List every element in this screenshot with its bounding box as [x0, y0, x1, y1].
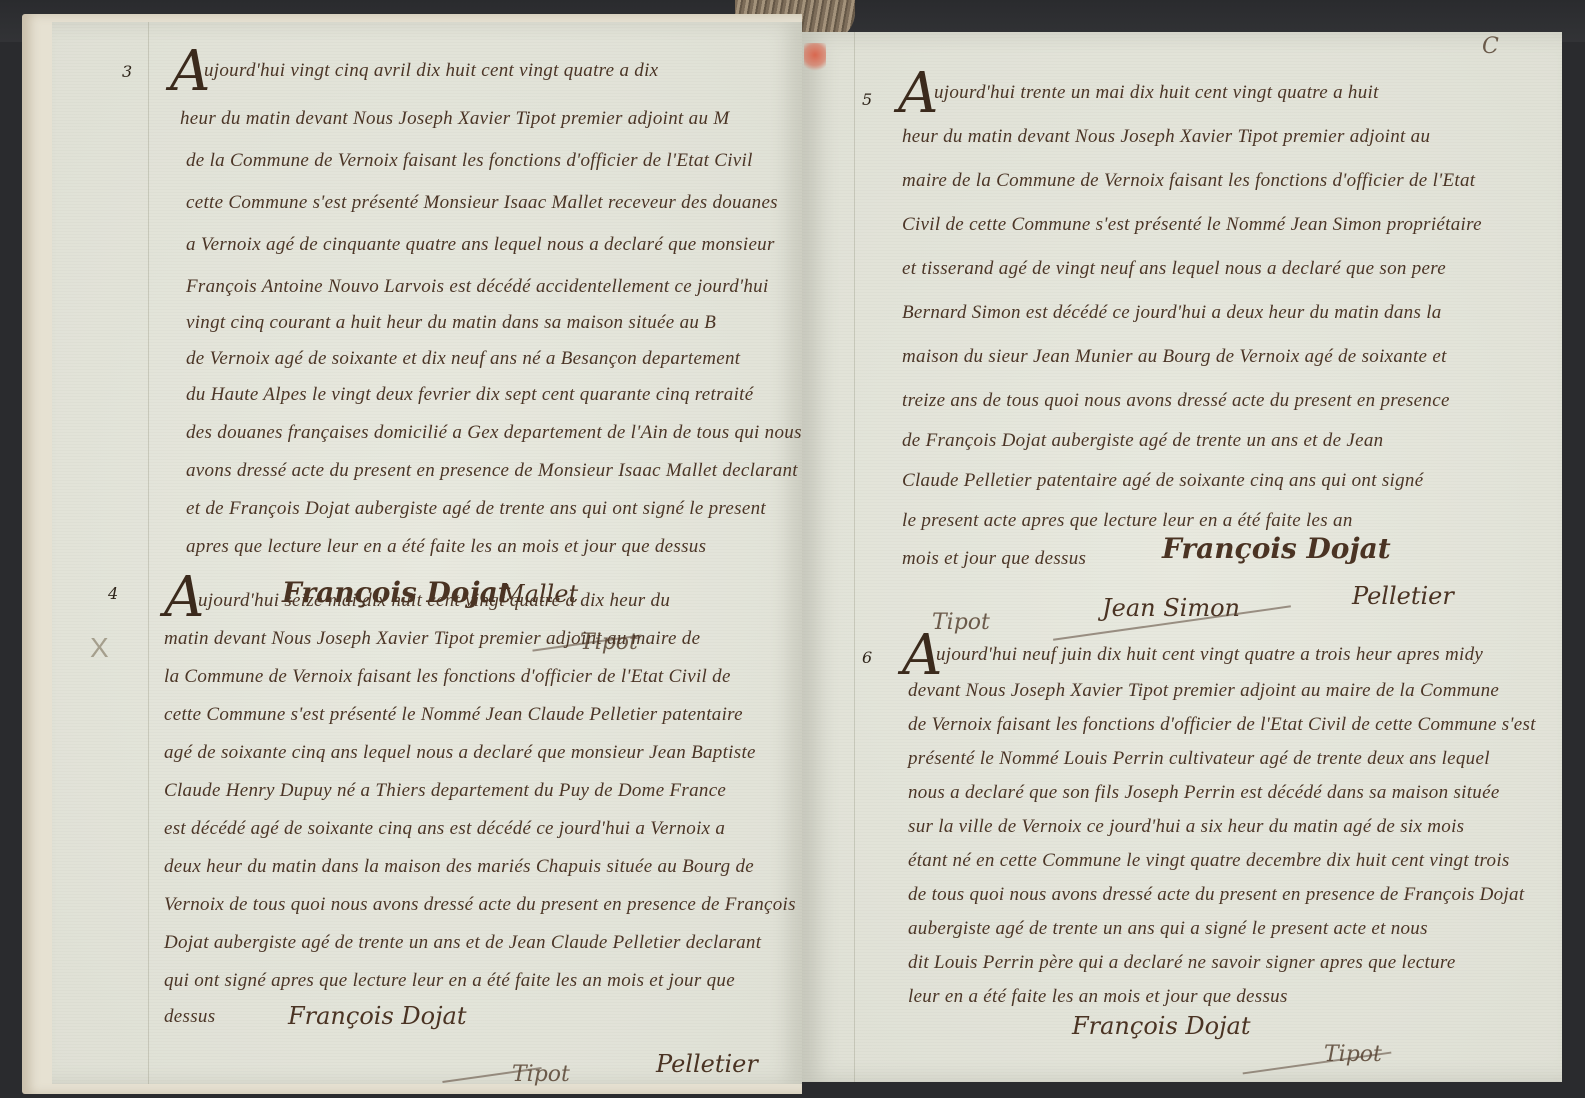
entry-line: présenté le Nommé Louis Perrin cultivate…: [908, 748, 1490, 770]
entry-line: le present acte apres que lecture leur e…: [902, 510, 1353, 532]
entry-line: de Vernoix faisant les fonctions d'offic…: [908, 714, 1536, 736]
entry-line: apres que lecture leur en a été faite le…: [186, 536, 706, 558]
entry-line: de la Commune de Vernoix faisant les fon…: [186, 150, 753, 172]
entry-line: la Commune de Vernoix faisant les foncti…: [164, 666, 731, 688]
entry-line: qui ont signé apres que lecture leur en …: [164, 970, 735, 992]
entry-line: de tous quoi nous avons dressé acte du p…: [908, 884, 1524, 906]
entry-line: leur en a été faite les an mois et jour …: [908, 986, 1288, 1008]
entry-line: et de François Dojat aubergiste agé de t…: [186, 498, 766, 520]
entry-line: de Vernoix agé de soixante et dix neuf a…: [186, 348, 740, 370]
entry-line: devant Nous Joseph Xavier Tipot premier …: [908, 680, 1499, 702]
entry-line: ujourd'hui seize mai dix huit cent vingt…: [198, 590, 670, 612]
right-page: C 5 A ujourd'hui trente un mai dix huit …: [802, 32, 1562, 1082]
entry-line: mois et jour que dessus: [902, 548, 1086, 570]
signature-dojat: François Dojat: [288, 1002, 467, 1030]
entry-line: et tisserand agé de vingt neuf ans leque…: [902, 258, 1446, 280]
signature-dojat: François Dojat: [1072, 1012, 1251, 1040]
entry-line: Civil de cette Commune s'est présenté le…: [902, 214, 1482, 236]
signature-jean-simon: Jean Simon: [1102, 594, 1240, 622]
entry-line: Vernoix de tous quoi nous avons dressé a…: [164, 894, 796, 916]
entry-line: dit Louis Perrin père qui a declaré ne s…: [908, 952, 1456, 974]
entry-line: heur du matin devant Nous Joseph Xavier …: [902, 126, 1430, 148]
corner-flourish-mark: C: [1482, 34, 1499, 59]
entry-number: 3: [122, 62, 132, 81]
entry-line: ujourd'hui neuf juin dix huit cent vingt…: [936, 644, 1483, 666]
margin-cross-mark: X: [90, 632, 109, 664]
left-page: 3 A ujourd'hui vingt cinq avril dix huit…: [52, 22, 802, 1084]
entry-number: 4: [108, 584, 118, 603]
entry-line: sur la ville de Vernoix ce jourd'hui a s…: [908, 816, 1464, 838]
entry-line: des douanes françaises domicilié a Gex d…: [186, 422, 802, 444]
entry-line: treize ans de tous quoi nous avons dress…: [902, 390, 1450, 412]
entry-line: deux heur du matin dans la maison des ma…: [164, 856, 754, 878]
entry-number: 6: [862, 648, 872, 667]
signature-tipot: Tipot: [512, 1062, 570, 1087]
entry-line: maison du sieur Jean Munier au Bourg de …: [902, 346, 1447, 368]
entry-line: a Vernoix agé de cinquante quatre ans le…: [186, 234, 775, 256]
entry-line: maire de la Commune de Vernoix faisant l…: [902, 170, 1475, 192]
entry-line: ujourd'hui vingt cinq avril dix huit cen…: [204, 60, 658, 82]
entry-line: agé de soixante cinq ans lequel nous a d…: [164, 742, 756, 764]
entry-line: ujourd'hui trente un mai dix huit cent v…: [934, 82, 1379, 104]
entry-line: Bernard Simon est décédé ce jourd'hui a …: [902, 302, 1442, 324]
margin-rule: [854, 32, 855, 1082]
entry-line: vingt cinq courant a huit heur du matin …: [186, 312, 716, 334]
entry-line: avons dressé acte du present en presence…: [186, 460, 798, 482]
entry-line: cette Commune s'est présenté le Nommé Je…: [164, 704, 743, 726]
entry-line: Claude Henry Dupuy né a Thiers departeme…: [164, 780, 726, 802]
entry-line: de François Dojat aubergiste agé de tren…: [902, 430, 1383, 452]
entry-line: étant né en cette Commune le vingt quatr…: [908, 850, 1510, 872]
entry-line: heur du matin devant Nous Joseph Xavier …: [180, 108, 729, 130]
red-wax-stain: [804, 43, 826, 73]
entry-line: du Haute Alpes le vingt deux fevrier dix…: [186, 384, 753, 406]
signature-pelletier: Pelletier: [1352, 582, 1454, 610]
entry-line: est décédé agé de soixante cinq ans est …: [164, 818, 725, 840]
margin-rule: [148, 22, 149, 1084]
entry-number: 5: [862, 90, 872, 109]
entry-line: Claude Pelletier patentaire agé de soixa…: [902, 470, 1423, 492]
entry-line: Dojat aubergiste agé de trente un ans et…: [164, 932, 761, 954]
entry-line: dessus: [164, 1006, 215, 1028]
entry-line: aubergiste agé de trente un ans qui a si…: [908, 918, 1428, 940]
entry-line: cette Commune s'est présenté Monsieur Is…: [186, 192, 778, 214]
decorated-initial: A: [898, 66, 938, 122]
entry-line: François Antoine Nouvo Larvois est décéd…: [186, 276, 769, 298]
signature-dojat: François Dojat: [1162, 532, 1391, 565]
entry-line: matin devant Nous Joseph Xavier Tipot pr…: [164, 628, 700, 650]
signature-pelletier: Pelletier: [656, 1050, 758, 1078]
entry-line: nous a declaré que son fils Joseph Perri…: [908, 782, 1500, 804]
